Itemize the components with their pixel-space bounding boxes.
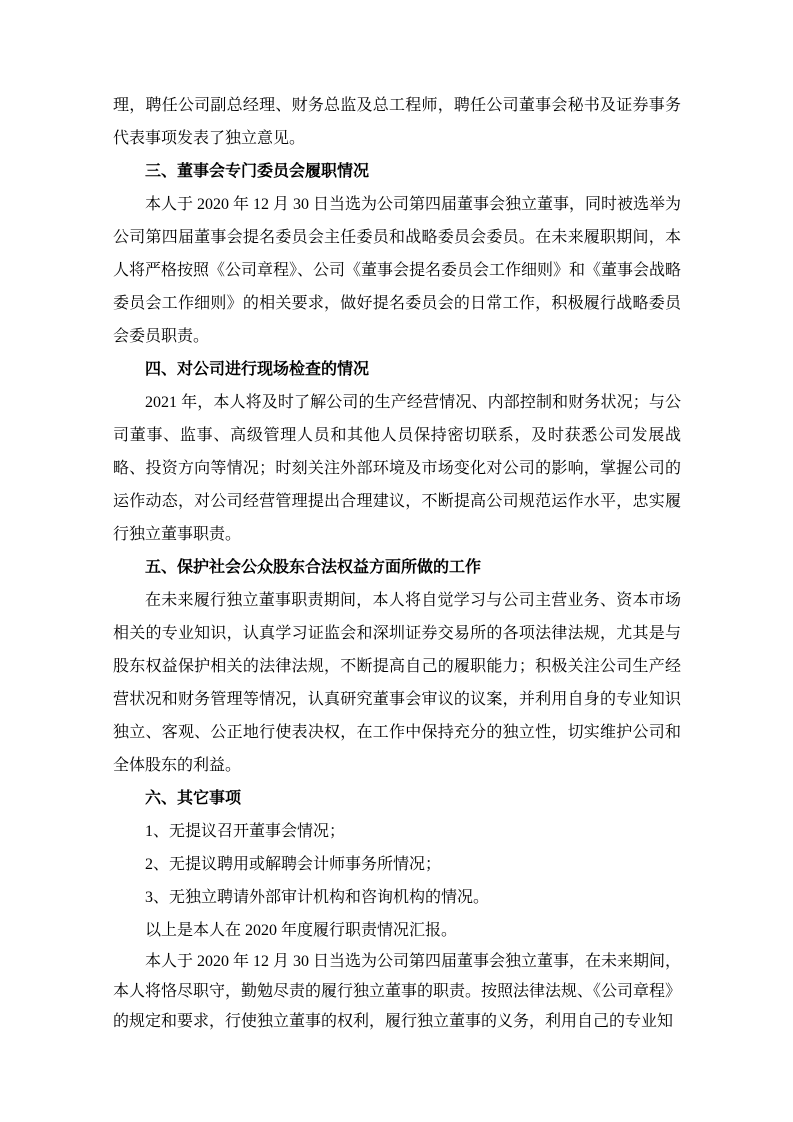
- document-content: 理，聘任公司副总经理、财务总监及总工程师，聘任公司董事会秘书及证券事务代表事项发…: [113, 89, 681, 1037]
- paragraph-committee-election: 本人于 2020 年 12 月 30 日当选为公司第四届董事会独立董事，同时被选…: [113, 188, 681, 353]
- section-heading-4-onsite-inspection: 四、对公司进行现场检查的情况: [113, 353, 681, 386]
- document-page: 理，聘任公司副总经理、财务总监及总工程师，聘任公司董事会秘书及证券事务代表事项发…: [0, 0, 793, 1122]
- section-heading-5-shareholder-rights: 五、保护社会公众股东合法权益方面所做的工作: [113, 551, 681, 584]
- paragraph-closing-commitment: 本人于 2020 年 12 月 30 日当选为公司第四届董事会独立董事，在未来期…: [113, 947, 681, 1037]
- list-item-3-no-external-audit: 3、无独立聘请外部审计机构和咨询机构的情况。: [113, 881, 681, 914]
- paragraph-continuation-appointments: 理，聘任公司副总经理、财务总监及总工程师，聘任公司董事会秘书及证券事务代表事项发…: [113, 89, 681, 155]
- paragraph-2021-plans: 2021 年，本人将及时了解公司的生产经营情况、内部控制和财务状况；与公司董事、…: [113, 386, 681, 551]
- list-item-2-no-accountant-proposal: 2、无提议聘用或解聘会计师事务所情况；: [113, 848, 681, 881]
- paragraph-future-duties: 在未来履行独立董事职责期间，本人将自觉学习与公司主营业务、资本市场相关的专业知识…: [113, 584, 681, 782]
- section-heading-6-other-matters: 六、其它事项: [113, 782, 681, 815]
- list-item-1-no-board-meeting-proposal: 1、无提议召开董事会情况；: [113, 815, 681, 848]
- section-heading-3-committee-duties: 三、董事会专门委员会履职情况: [113, 155, 681, 188]
- paragraph-summary-2020-report: 以上是本人在 2020 年度履行职责情况汇报。: [113, 914, 681, 947]
